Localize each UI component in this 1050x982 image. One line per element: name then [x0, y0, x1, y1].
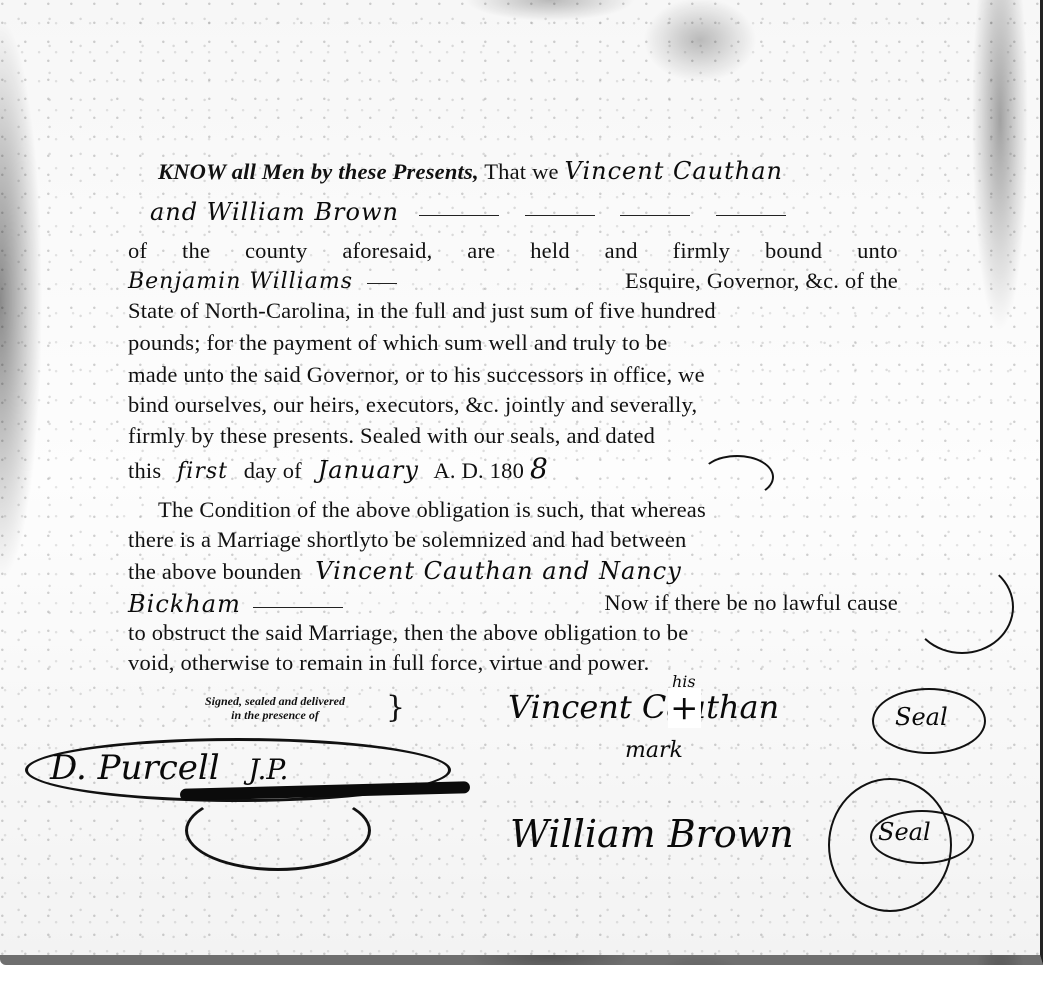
handwritten-governor-name: Benjamin Williams: [128, 269, 353, 294]
handwritten-bride-surname: Bickham: [128, 590, 241, 618]
word: county: [245, 238, 307, 264]
word: held: [530, 238, 570, 264]
day-of-text: day of: [244, 458, 302, 483]
para2-line2: there is a Marriage shortlyto be solemni…: [128, 527, 686, 553]
para1-line4: pounds; for the payment of which sum wel…: [128, 330, 667, 356]
para2-line4: Bickham Now if there be no lawful cause: [128, 590, 898, 618]
handwritten-obligors-2: and William Brown: [150, 198, 399, 226]
pen-flourish: [910, 560, 1014, 654]
blank-rule: [620, 213, 690, 216]
para2-line3: the above bounden Vincent Cauthan and Na…: [128, 557, 682, 585]
blank-rule: [367, 281, 397, 284]
para1-line6: bind ourselves, our heirs, executors, &c…: [128, 392, 697, 418]
lawful-cause-text: Now if there be no lawful cause: [604, 590, 898, 616]
witness-signature: D. Purcell J.P.: [50, 748, 288, 788]
handwritten-day: first: [177, 459, 228, 484]
seal-text: Seal: [895, 703, 948, 731]
para1-line5: made unto the said Governor, or to his s…: [128, 362, 705, 388]
para2-line1: The Condition of the above obligation is…: [158, 497, 706, 523]
para1-line3: State of North-Carolina, in the full and…: [128, 298, 716, 324]
scanned-document-page: KNOW all Men by these Presents, That we …: [0, 0, 1043, 965]
witness-title: J.P.: [248, 753, 288, 786]
word: of: [128, 238, 147, 264]
year-prefix-text: A. D. 180: [433, 458, 524, 483]
witness-name: D. Purcell: [50, 748, 220, 788]
handwritten-parties: Vincent Cauthan and Nancy: [315, 557, 682, 585]
signer-name: Vincent Cauthan: [508, 688, 779, 726]
witness-signature-flourish: [185, 790, 371, 871]
handwritten-month: January: [318, 456, 419, 484]
signer-name: William Brown: [510, 812, 794, 856]
witness-label-line1: Signed, sealed and delivered: [165, 694, 385, 708]
word: and: [605, 238, 638, 264]
signature-william-brown: William Brown: [510, 812, 794, 856]
para1-line7: firmly by these presents. Sealed with ou…: [128, 423, 655, 449]
handwritten-obligors-1: Vincent Cauthan: [565, 157, 783, 185]
mark-label: mark: [625, 738, 683, 763]
blank-rule: [716, 213, 786, 216]
para2-line6: void, otherwise to remain in full force,…: [128, 650, 649, 676]
para1-line1: of the county aforesaid, are held and fi…: [128, 238, 898, 264]
blank-rule: [253, 605, 343, 608]
mark-cross-symbol: +: [668, 688, 701, 728]
para2-line5: to obstruct the said Marriage, then the …: [128, 620, 688, 646]
word: unto: [857, 238, 898, 264]
opening-heading: KNOW all Men by these Presents,: [158, 159, 479, 184]
word: aforesaid,: [342, 238, 432, 264]
word: firmly: [673, 238, 730, 264]
governor-title-text: Esquire, Governor, &c. of the: [625, 268, 898, 294]
brace-symbol: }: [386, 690, 405, 725]
witness-label-line2: in the presence of: [165, 708, 385, 722]
obligors-line-2: and William Brown: [150, 198, 786, 226]
word: the: [182, 238, 210, 264]
above-bounden-text: the above bounden: [128, 559, 301, 584]
date-this-text: this: [128, 458, 161, 483]
witness-label: Signed, sealed and delivered in the pres…: [165, 694, 385, 722]
opening-line: KNOW all Men by these Presents, That we …: [158, 157, 783, 185]
blank-rule: [525, 213, 595, 216]
pen-flourish: [700, 455, 774, 499]
word: are: [467, 238, 495, 264]
signature-vincent-cauthan: Vincent Cauthan: [508, 688, 779, 726]
date-line: this first day of January A. D. 1808: [128, 452, 549, 485]
para1-line2: Benjamin Williams Esquire, Governor, &c.…: [128, 268, 898, 294]
that-we-text: That we: [484, 159, 559, 184]
handwritten-year-digit: 8: [530, 452, 549, 485]
word: bound: [765, 238, 822, 264]
blank-rule: [419, 213, 499, 216]
seal-text: Seal: [878, 818, 931, 846]
